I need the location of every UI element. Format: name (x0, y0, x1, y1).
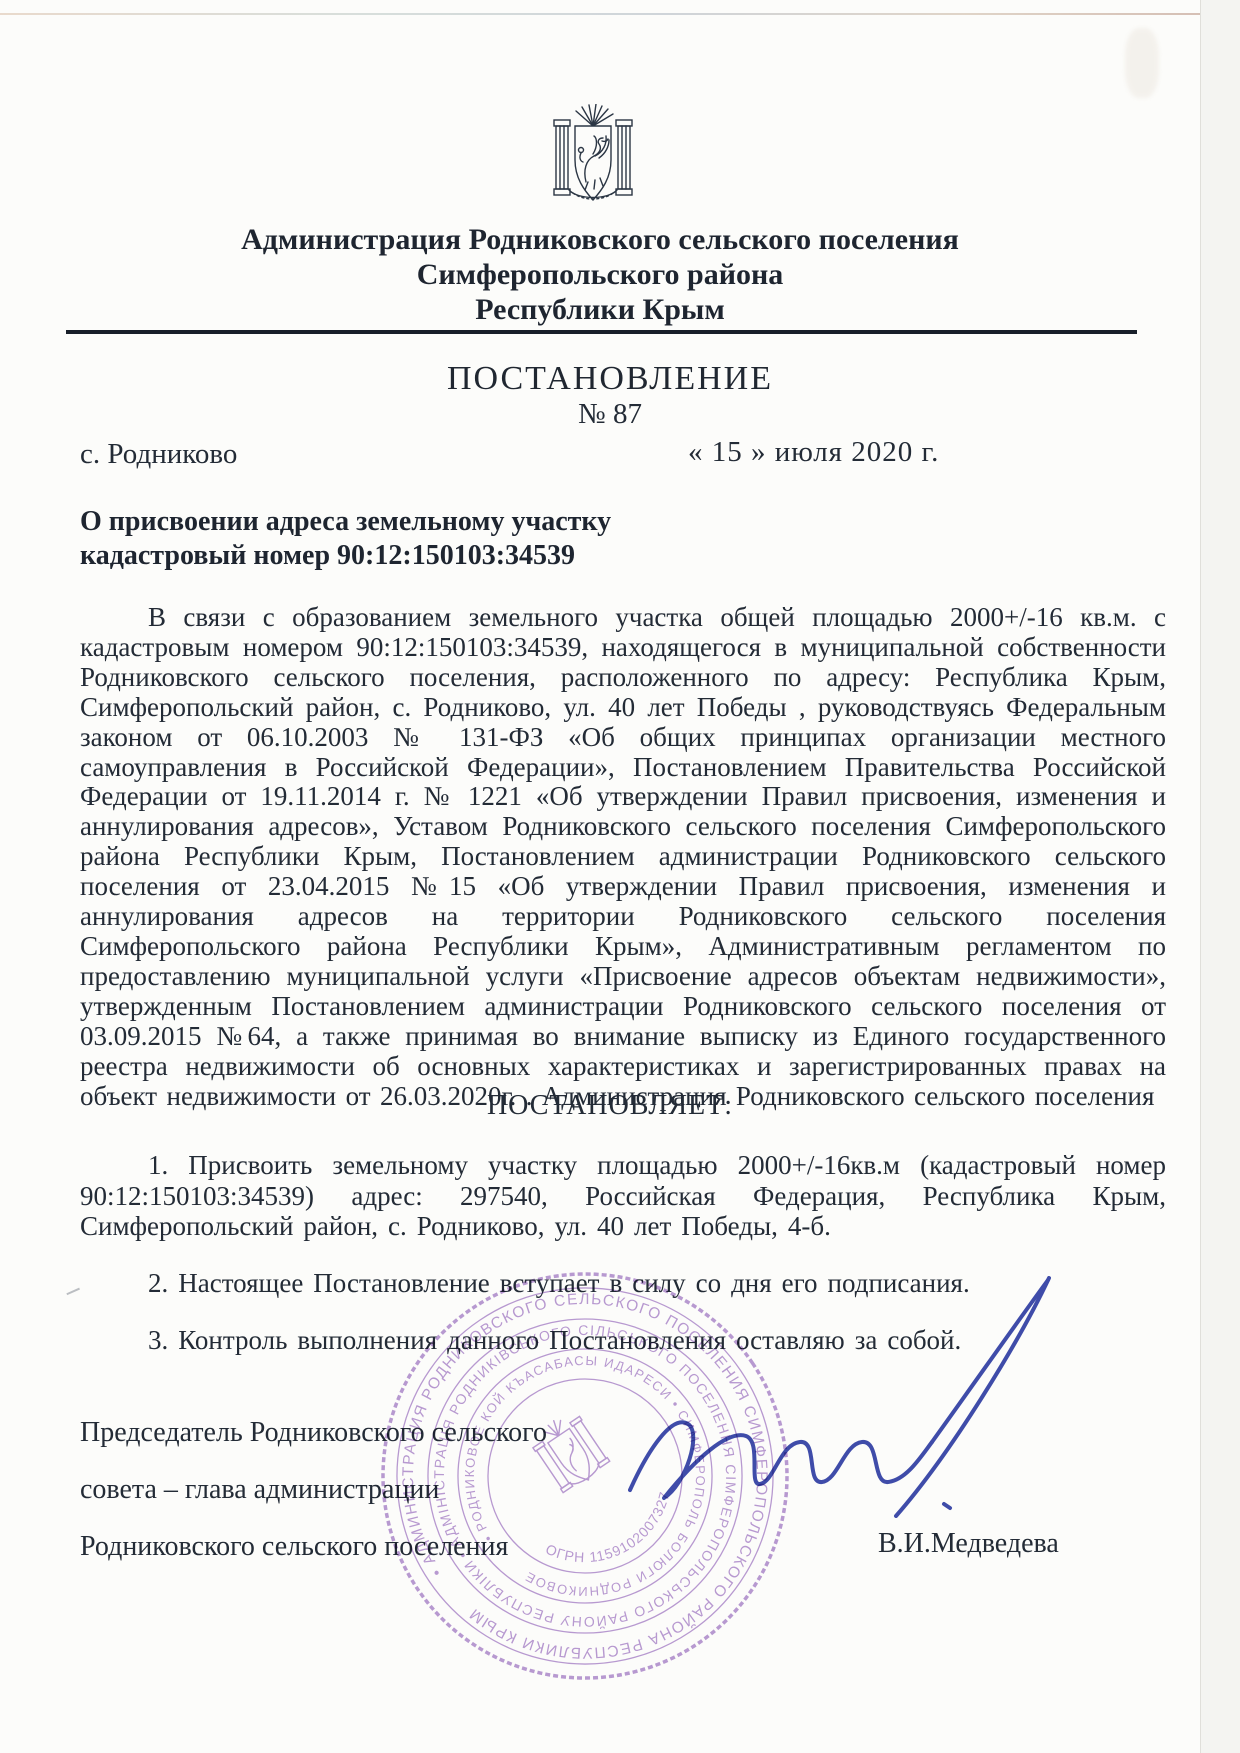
signature-loops (630, 1422, 932, 1498)
org-header: Администрация Родниковского сельского по… (70, 222, 1130, 327)
scan-artifact-right-edge (1200, 0, 1240, 1753)
subject-heading: О присвоении адреса земельному участку к… (80, 505, 980, 573)
signature-dot (944, 1504, 950, 1508)
org-line-3: Республики Крым (70, 292, 1130, 327)
subject-line-1: О присвоении адреса земельному участку (80, 505, 980, 539)
date-line: « 15 » июля 2020 г. (688, 436, 939, 469)
resolution-item-1: 1. Присвоить земельному участку площадью… (80, 1150, 1166, 1242)
signature-flourish-up (932, 1280, 1048, 1442)
sun-rays (576, 104, 613, 126)
header-divider (66, 330, 1137, 334)
place-line: с. Родниково (80, 438, 237, 471)
subject-line-2: кадастровый номер 90:12:150103:34539 (80, 539, 980, 573)
stamp-center-emblem (527, 1407, 612, 1495)
crimea-coat-of-arms-icon (549, 104, 637, 208)
org-line-1: Администрация Родниковского сельского по… (70, 222, 1130, 257)
doc-number: № 87 (70, 398, 1150, 431)
resolves-heading: ПОСТАНОВЛЯЕТ: (70, 1090, 1150, 1122)
scan-artifact-smudge (1125, 28, 1159, 98)
preamble-paragraph: В связи с образованием земельного участк… (80, 603, 1166, 1111)
org-line-2: Симферопольского района (70, 257, 1130, 292)
signature-ink (600, 1252, 1070, 1542)
document-page: Администрация Родниковского сельского по… (0, 0, 1240, 1753)
doc-type-title: ПОСТАНОВЛЕНИЕ (70, 360, 1150, 398)
scan-artifact-topline (0, 13, 1205, 15)
left-column (554, 120, 570, 195)
right-column (616, 120, 632, 195)
